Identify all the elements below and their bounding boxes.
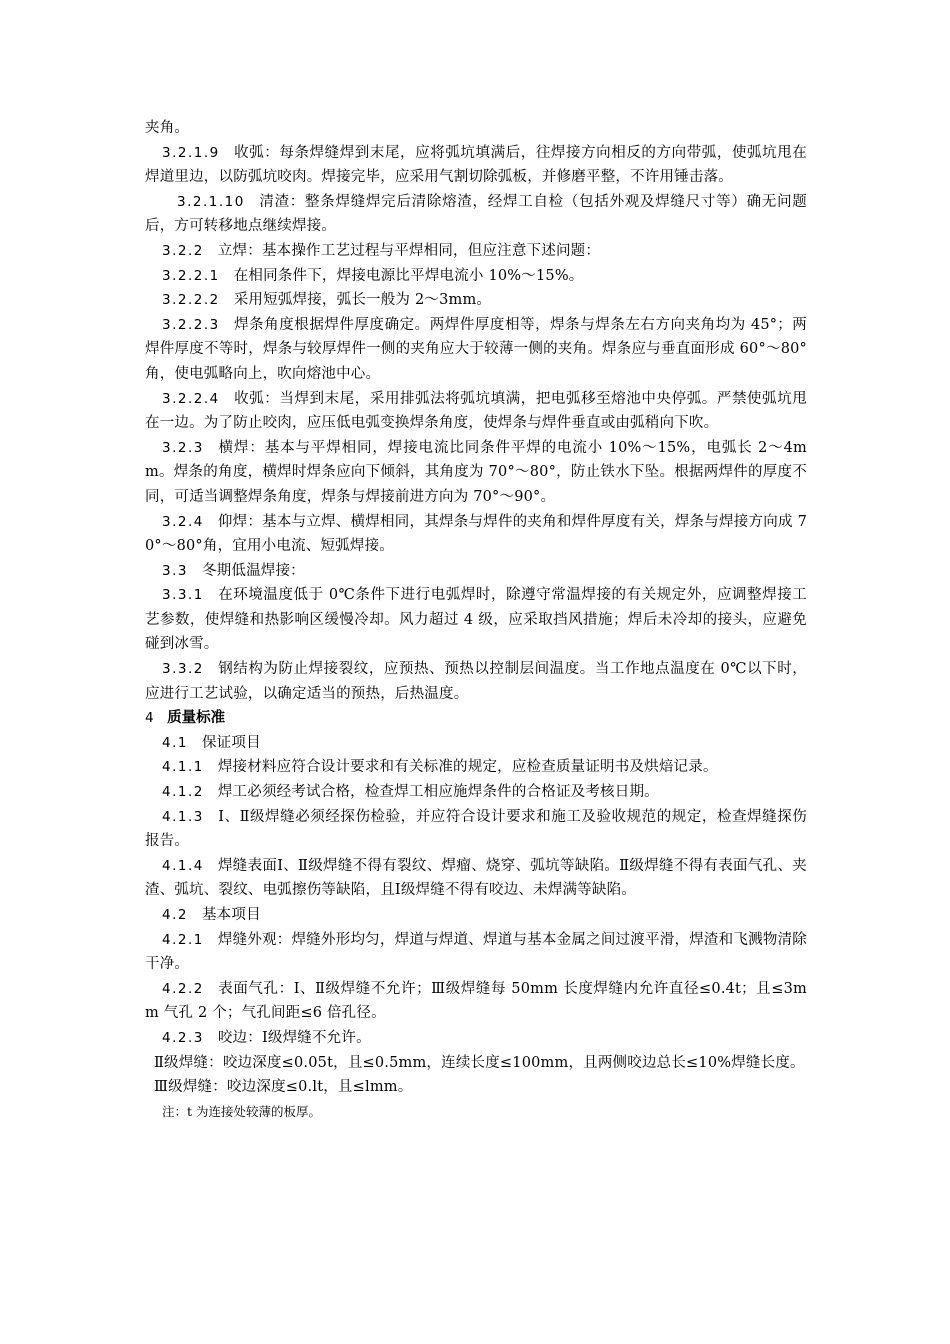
paragraph-text: 焊缝外观：焊缝外形均匀，焊道与焊道、焊道与基本金属之间过渡平滑，焊渣和飞溅物清除… bbox=[145, 932, 807, 973]
paragraph-4-2-2: 4.2.2表面气孔：Ⅰ、Ⅱ级焊缝不允许；Ⅲ级焊缝每 50mm 长度焊缝内允许直径… bbox=[145, 977, 807, 1026]
paragraph-text: 仰焊：基本与立焊、横焊相同，其焊条与焊件的夹角和焊件厚度有关，焊条与焊接方向成 … bbox=[145, 514, 807, 555]
paragraph-text: 夹角。 bbox=[145, 120, 189, 136]
paragraph-text: 焊条角度根据焊件厚度确定。两焊件厚度相等，焊条与焊条左右方向夹角均为 45°；两… bbox=[145, 317, 807, 382]
paragraph-3-3-2: 3.3.2钢结构为防止焊接裂纹，应预热、预热以控制层间温度。当工作地点温度在 0… bbox=[145, 657, 807, 706]
paragraph-3-3: 3.3冬期低温焊接： bbox=[145, 559, 807, 584]
paragraph-text: 在环境温度低于 0℃条件下进行电弧焊时，除遵守常温焊接的有关规定外，应调整焊接工… bbox=[145, 587, 807, 652]
clause-number: 4.2.2 bbox=[162, 981, 204, 997]
clause-number: 3.2.2.4 bbox=[162, 391, 220, 407]
clause-number: 4.2.3 bbox=[162, 1030, 204, 1046]
paragraph-3-2-1-10: 3.2.1.10清渣：整条焊缝焊完后清除熔渣，经焊工自检（包括外观及焊缝尺寸等）… bbox=[145, 190, 807, 239]
section-number: 4 bbox=[145, 710, 155, 726]
paragraph-text: 立焊：基本操作工艺过程与平焊相同，但应注意下述问题： bbox=[218, 243, 600, 259]
clause-number: 3.2.1.10 bbox=[177, 194, 245, 210]
paragraph-grade-iii-undercut: Ⅲ级焊缝：咬边深度≤0.lt，且≤lmm。 bbox=[145, 1075, 807, 1100]
clause-number: 4.1 bbox=[162, 735, 188, 751]
paragraph-text: 冬期低温焊接： bbox=[202, 563, 305, 579]
clause-number: 3.2.2.3 bbox=[162, 317, 220, 333]
clause-number: 4.1.2 bbox=[162, 784, 204, 800]
paragraph-4-1-4: 4.1.4焊缝表面Ⅰ、Ⅱ级焊缝不得有裂纹、焊瘤、烧穿、弧坑等缺陷。Ⅱ级焊缝不得有… bbox=[145, 854, 807, 903]
paragraph-text: 横焊：基本与平焊相同，焊接电流比同条件平焊的电流小 10%～15%，电弧长 2～… bbox=[145, 440, 807, 505]
clause-number: 4.1.1 bbox=[162, 759, 204, 775]
paragraph-text: 焊缝表面Ⅰ、Ⅱ级焊缝不得有裂纹、焊瘤、烧穿、弧坑等缺陷。Ⅱ级焊缝不得有表面气孔、… bbox=[145, 858, 807, 899]
paragraph-text: 基本项目 bbox=[202, 907, 261, 923]
clause-number: 4.2.1 bbox=[162, 932, 204, 948]
paragraph-3-2-3: 3.2.3横焊：基本与平焊相同，焊接电流比同条件平焊的电流小 10%～15%，电… bbox=[145, 436, 807, 510]
clause-number: 3.2.2.1 bbox=[162, 268, 220, 284]
clause-number: 3.2.4 bbox=[162, 514, 204, 530]
paragraph-3-2-2-4: 3.2.2.4收弧：当焊到末尾，采用排弧法将弧坑填满，把电弧移至熔池中央停弧。严… bbox=[145, 387, 807, 436]
paragraph-text: 焊工必须经考试合格，检查焊工相应施焊条件的合格证及考核日期。 bbox=[218, 784, 659, 800]
paragraph-4-1-2: 4.1.2焊工必须经考试合格，检查焊工相应施焊条件的合格证及考核日期。 bbox=[145, 780, 807, 805]
paragraph-continuation: 夹角。 bbox=[145, 116, 807, 141]
paragraph-text: Ⅲ级焊缝：咬边深度≤0.lt，且≤lmm。 bbox=[154, 1079, 412, 1095]
paragraph-text: 表面气孔：Ⅰ、Ⅱ级焊缝不允许；Ⅲ级焊缝每 50mm 长度焊缝内允许直径≤0.4t… bbox=[145, 981, 807, 1022]
section-heading-quality-standard: 4质量标准 bbox=[145, 706, 807, 731]
paragraph-3-3-1: 3.3.1在环境温度低于 0℃条件下进行电弧焊时，除遵守常温焊接的有关规定外，应… bbox=[145, 583, 807, 657]
paragraph-text: 咬边：Ⅰ级焊缝不允许。 bbox=[218, 1030, 371, 1046]
paragraph-text: 在相同条件下，焊接电源比平焊电流小 10%～15%。 bbox=[234, 268, 584, 284]
document-page: 夹角。 3.2.1.9收弧：每条焊缝焊到末尾，应将弧坑填满后，往焊接方向相反的方… bbox=[145, 116, 807, 1124]
paragraph-4-1: 4.1保证项目 bbox=[145, 731, 807, 756]
paragraph-4-2-1: 4.2.1焊缝外观：焊缝外形均匀，焊道与焊道、焊道与基本金属之间过渡平滑，焊渣和… bbox=[145, 928, 807, 977]
paragraph-text: 收弧：当焊到末尾，采用排弧法将弧坑填满，把电弧移至熔池中央停弧。严禁使弧坑甩在一… bbox=[145, 391, 807, 432]
paragraph-3-2-2-3: 3.2.2.3焊条角度根据焊件厚度确定。两焊件厚度相等，焊条与焊条左右方向夹角均… bbox=[145, 313, 807, 387]
paragraph-text: 采用短弧焊接，弧长一般为 2～3mm。 bbox=[234, 292, 491, 308]
clause-number: 4.2 bbox=[162, 907, 188, 923]
paragraph-grade-ii-undercut: Ⅱ级焊缝：咬边深度≤0.05t，且≤0.5mm，连续长度≤100mm，且两侧咬边… bbox=[145, 1051, 807, 1076]
paragraph-4-2-3: 4.2.3咬边：Ⅰ级焊缝不允许。 bbox=[145, 1026, 807, 1051]
paragraph-3-2-1-9: 3.2.1.9收弧：每条焊缝焊到末尾，应将弧坑填满后，往焊接方向相反的方向带弧，… bbox=[145, 141, 807, 190]
paragraph-3-2-2: 3.2.2立焊：基本操作工艺过程与平焊相同，但应注意下述问题： bbox=[145, 239, 807, 264]
paragraph-text: 收弧：每条焊缝焊到末尾，应将弧坑填满后，往焊接方向相反的方向带弧，使弧坑甩在焊道… bbox=[145, 145, 807, 186]
clause-number: 3.2.2 bbox=[162, 243, 204, 259]
paragraph-4-2: 4.2基本项目 bbox=[145, 903, 807, 928]
paragraph-text: Ⅱ级焊缝：咬边深度≤0.05t，且≤0.5mm，连续长度≤100mm，且两侧咬边… bbox=[154, 1055, 805, 1071]
clause-number: 3.2.1.9 bbox=[162, 145, 220, 161]
clause-number: 4.1.4 bbox=[162, 858, 204, 874]
clause-number: 3.3.1 bbox=[162, 587, 204, 603]
paragraph-text: 钢结构为防止焊接裂纹，应预热、预热以控制层间温度。当工作地点温度在 0℃以下时，… bbox=[145, 661, 807, 702]
paragraph-text: 保证项目 bbox=[202, 735, 261, 751]
clause-number: 3.2.3 bbox=[162, 440, 204, 456]
paragraph-4-1-1: 4.1.1焊接材料应符合设计要求和有关标准的规定，应检查质量证明书及烘焙记录。 bbox=[145, 755, 807, 780]
paragraph-3-2-2-2: 3.2.2.2采用短弧焊接，弧长一般为 2～3mm。 bbox=[145, 288, 807, 313]
footnote: 注：t 为连接处较薄的板厚。 bbox=[145, 1100, 807, 1124]
clause-number: 3.3 bbox=[162, 563, 188, 579]
paragraph-text: Ⅰ、Ⅱ级焊缝必须经探伤检验，并应符合设计要求和施工及验收规范的规定，检查焊缝探伤… bbox=[145, 809, 807, 850]
paragraph-4-1-3: 4.1.3Ⅰ、Ⅱ级焊缝必须经探伤检验，并应符合设计要求和施工及验收规范的规定，检… bbox=[145, 805, 807, 854]
paragraph-3-2-4: 3.2.4仰焊：基本与立焊、横焊相同，其焊条与焊件的夹角和焊件厚度有关，焊条与焊… bbox=[145, 510, 807, 559]
clause-number: 3.2.2.2 bbox=[162, 292, 220, 308]
section-title: 质量标准 bbox=[167, 710, 225, 726]
clause-number: 3.3.2 bbox=[162, 661, 204, 677]
paragraph-3-2-2-1: 3.2.2.1在相同条件下，焊接电源比平焊电流小 10%～15%。 bbox=[145, 264, 807, 289]
paragraph-text: 焊接材料应符合设计要求和有关标准的规定，应检查质量证明书及烘焙记录。 bbox=[218, 759, 718, 775]
clause-number: 4.1.3 bbox=[162, 809, 204, 825]
